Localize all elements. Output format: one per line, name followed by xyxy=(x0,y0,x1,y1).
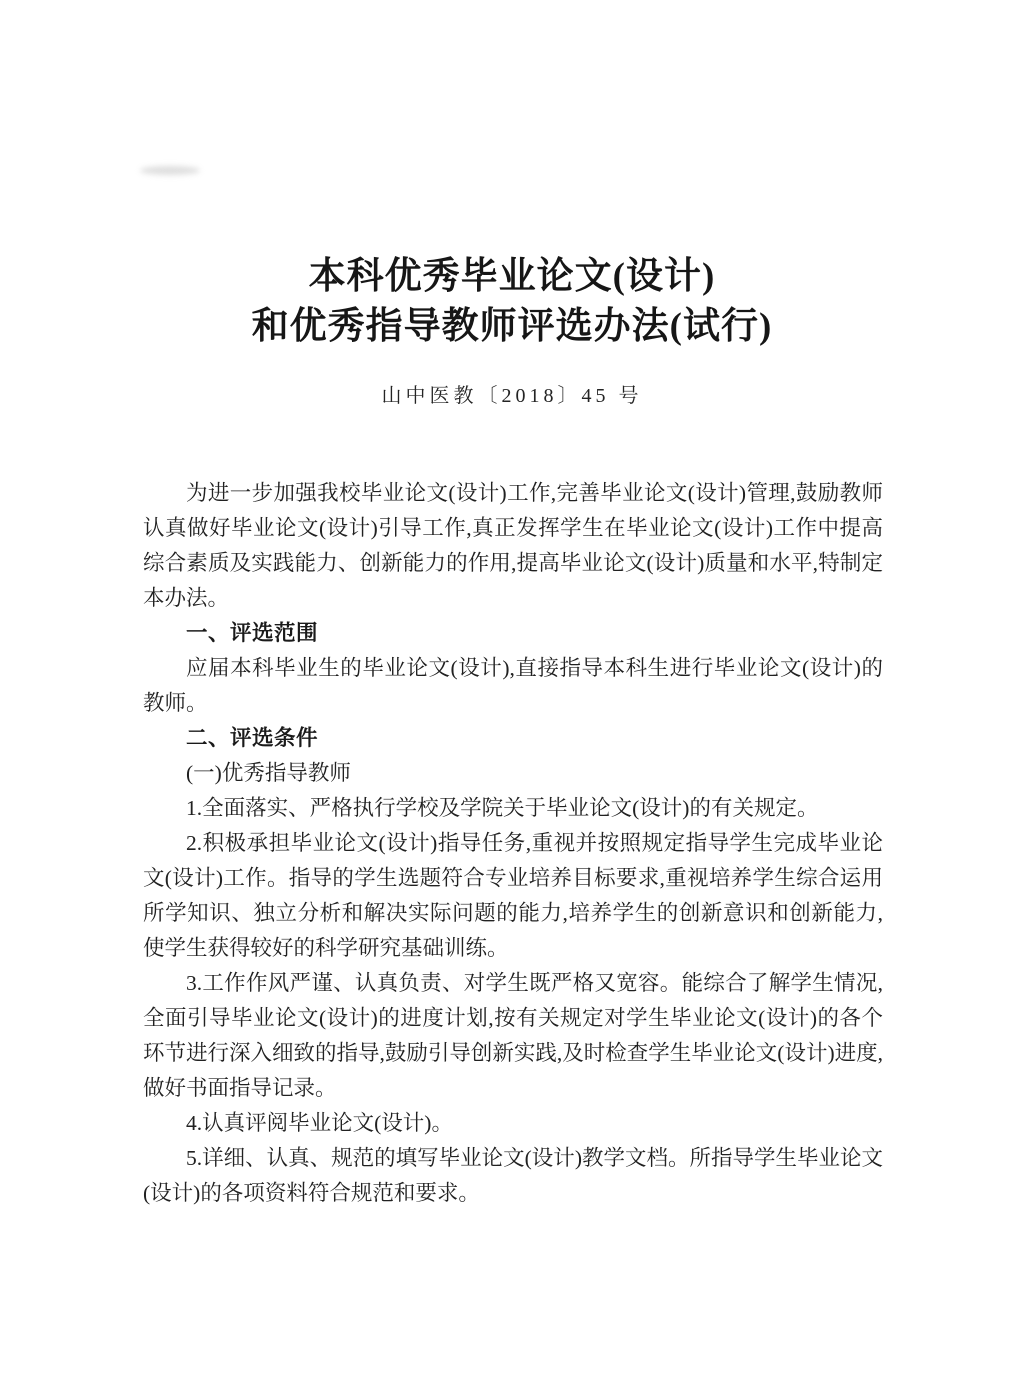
criteria-item-4: 4.认真评阅毕业论文(设计)。 xyxy=(143,1106,883,1141)
subsection-heading-advisor: (一)优秀指导教师 xyxy=(143,756,883,791)
section-heading-scope: 一、评选范围 xyxy=(143,616,883,651)
scan-smudge-artifact xyxy=(140,166,200,175)
criteria-item-5: 5.详细、认真、规范的填写毕业论文(设计)教学文档。所指导学生毕业论文(设计)的… xyxy=(143,1141,883,1211)
title-line-2: 和优秀指导教师评选办法(试行) xyxy=(0,302,1024,352)
document-page: 本科优秀毕业论文(设计) 和优秀指导教师评选办法(试行) 山中医教〔2018〕4… xyxy=(0,0,1024,1379)
criteria-item-1: 1.全面落实、严格执行学校及学院关于毕业论文(设计)的有关规定。 xyxy=(143,791,883,826)
title-line-1: 本科优秀毕业论文(设计) xyxy=(0,252,1024,302)
intro-paragraph: 为进一步加强我校毕业论文(设计)工作,完善毕业论文(设计)管理,鼓励教师认真做好… xyxy=(143,476,883,616)
section-heading-criteria: 二、评选条件 xyxy=(143,721,883,756)
document-body: 为进一步加强我校毕业论文(设计)工作,完善毕业论文(设计)管理,鼓励教师认真做好… xyxy=(143,476,883,1211)
scope-paragraph: 应届本科毕业生的毕业论文(设计),直接指导本科生进行毕业论文(设计)的教师。 xyxy=(143,651,883,721)
criteria-item-3: 3.工作作风严谨、认真负责、对学生既严格又宽容。能综合了解学生情况,全面引导毕业… xyxy=(143,966,883,1106)
document-title: 本科优秀毕业论文(设计) 和优秀指导教师评选办法(试行) xyxy=(0,0,1024,352)
document-number: 山中医教〔2018〕45 号 xyxy=(0,379,1024,408)
criteria-item-2: 2.积极承担毕业论文(设计)指导任务,重视并按照规定指导学生完成毕业论文(设计)… xyxy=(143,826,883,966)
